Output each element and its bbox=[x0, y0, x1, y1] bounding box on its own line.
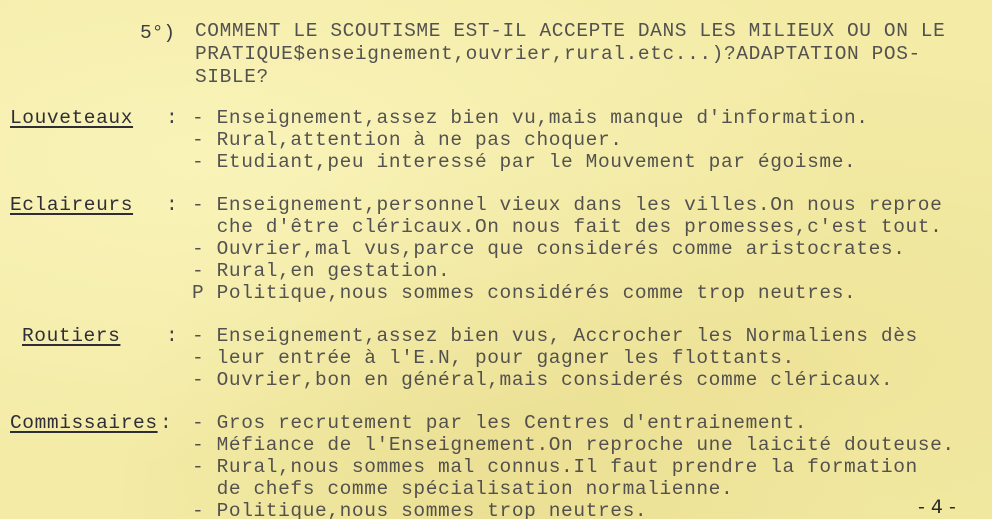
section-line: - Rural,en gestation. bbox=[192, 260, 450, 282]
section-line: - Méfiance de l'Enseignement.On reproche… bbox=[192, 434, 955, 456]
section-heading-eclaireurs: Eclaireurs bbox=[10, 194, 133, 216]
section-heading-louveteaux: Louveteaux bbox=[10, 107, 133, 129]
section-line: - Gros recrutement par les Centres d'ent… bbox=[192, 412, 807, 434]
section-line: che d'être cléricaux.On nous fait des pr… bbox=[192, 216, 942, 238]
page-number: - 4 - bbox=[918, 496, 956, 518]
section-line: P Politique,nous sommes considérés comme… bbox=[192, 282, 856, 304]
section-line: - leur entrée à l'E.N, pour gagner les f… bbox=[192, 347, 795, 369]
section-line: - Ouvrier,mal vus,parce que considerés c… bbox=[192, 238, 906, 260]
colon: : bbox=[160, 412, 172, 434]
colon: : bbox=[166, 194, 178, 216]
section-heading-commissaires: Commissaires bbox=[10, 412, 158, 434]
question-number: 5°) bbox=[140, 22, 175, 44]
section-line: - Rural,nous sommes mal connus.Il faut p… bbox=[192, 456, 918, 478]
question-line: COMMENT LE SCOUTISME EST-IL ACCEPTE DANS… bbox=[195, 20, 945, 42]
section-line: - Politique,nous sommes trop neutres. bbox=[192, 500, 647, 519]
question-line: PRATIQUE$enseignement,ouvrier,rural.etc.… bbox=[195, 43, 921, 65]
section-line: - Ouvrier,bon en général,mais considerés… bbox=[192, 369, 893, 391]
section-line: de chefs comme spécialisation normalienn… bbox=[192, 478, 733, 500]
section-heading-routiers: Routiers bbox=[22, 325, 120, 347]
typewritten-page: 5°) COMMENT LE SCOUTISME EST-IL ACCEPTE … bbox=[0, 0, 992, 519]
section-line: - Rural,attention à ne pas choquer. bbox=[192, 129, 623, 151]
section-line: - Enseignement,personnel vieux dans les … bbox=[192, 194, 942, 216]
colon: : bbox=[166, 107, 178, 129]
section-line: - Enseignement,assez bien vu,mais manque… bbox=[192, 107, 869, 129]
question-line: SIBLE? bbox=[195, 66, 269, 88]
colon: : bbox=[166, 325, 178, 347]
section-line: - Enseignement,assez bien vus, Accrocher… bbox=[192, 325, 918, 347]
section-line: - Etudiant,peu interessé par le Mouvemen… bbox=[192, 151, 856, 173]
